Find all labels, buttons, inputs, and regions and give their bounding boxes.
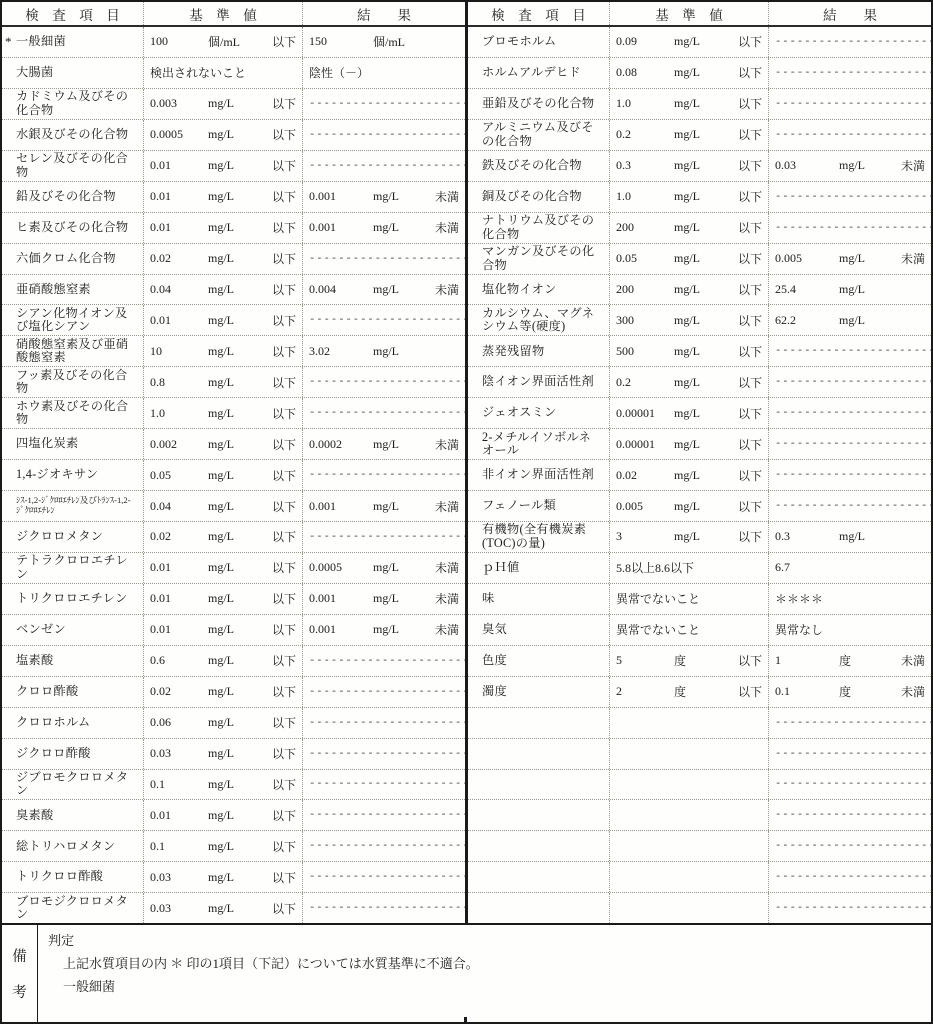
result-cell: --------------------------: [303, 708, 465, 738]
item-label: 塩素酸: [16, 654, 53, 668]
standard-value-cell: [610, 893, 769, 923]
standard-value-cell: 100個/mL以下: [144, 27, 303, 57]
item-label: ｼｽ-1,2-ｼﾞｸﾛﾛｴﾁﾚﾝ及びﾄﾗﾝｽ-1,2-ｼﾞｸﾛﾛｴﾁﾚﾝ: [16, 496, 137, 515]
unit: 度: [674, 652, 738, 669]
item-cell: [468, 893, 610, 923]
standard-value-cell: 0.03mg/L以下: [144, 862, 303, 892]
qualifier: 以下: [738, 683, 762, 700]
table-row: ジブロモクロロメタン0.1mg/L以下---------------------…: [2, 770, 465, 801]
no-data-dashes: --------------------------: [309, 748, 465, 760]
no-data-dashes: --------------------------: [309, 407, 465, 419]
result-cell: 3.02mg/L: [303, 336, 465, 366]
value: 0.6: [150, 653, 208, 668]
value: 0.02: [150, 529, 208, 544]
standard-value-cell: 0.04mg/L以下: [144, 491, 303, 521]
no-data-dashes: --------------------------: [775, 345, 931, 357]
value: 0.03: [150, 746, 208, 761]
result-cell: --------------------------: [303, 89, 465, 119]
item-cell: 塩素酸: [2, 646, 144, 676]
no-data-dashes: --------------------------: [309, 902, 465, 914]
unit: mg/L: [208, 375, 272, 390]
item-cell: ナトリウム及びその化合物: [468, 213, 610, 243]
item-cell: 臭気: [468, 615, 610, 645]
cell-text: 6.7: [775, 560, 790, 575]
item-cell: ブロモホルム: [468, 27, 610, 57]
no-data-dashes: --------------------------: [775, 871, 931, 883]
value: 10: [150, 344, 208, 359]
unit: mg/L: [674, 65, 738, 80]
item-cell: テトラクロロエチレン: [2, 553, 144, 583]
value: 0.01: [150, 313, 208, 328]
item-cell: [468, 800, 610, 830]
item-cell: 鉄及びその化合物: [468, 151, 610, 181]
table-row: 大腸菌検出されないこと陰性（－）: [2, 58, 465, 89]
item-cell: 四塩化炭素: [2, 429, 144, 459]
item-label: カルシウム、マグネシウム等(硬度): [482, 307, 603, 334]
header-inspection-item: 検 査 項 目: [2, 2, 144, 25]
result-cell: --------------------------: [769, 491, 931, 521]
unit: mg/L: [208, 715, 272, 730]
no-data-dashes: --------------------------: [309, 98, 465, 110]
standard-value-cell: 0.08mg/L以下: [610, 58, 769, 88]
result-cell: --------------------------: [769, 58, 931, 88]
item-label: 四塩化炭素: [16, 437, 78, 451]
value: 1: [775, 653, 839, 668]
item-label: 亜鉛及びその化合物: [482, 97, 594, 111]
value: 0.004: [309, 282, 373, 297]
qualifier: 以下: [738, 312, 762, 329]
table-row: ｐＨ値5.8以上8.6以下6.7: [468, 553, 931, 584]
qualifier: 以下: [272, 312, 296, 329]
standard-value-cell: 0.09mg/L以下: [610, 27, 769, 57]
item-label: カドミウム及びその化合物: [16, 90, 137, 117]
unit: 個/mL: [373, 33, 459, 50]
item-cell: クロロホルム: [2, 708, 144, 738]
item-label: シアン化物イオン及び塩化シアン: [16, 307, 137, 334]
result-cell: --------------------------: [769, 862, 931, 892]
table-row: フェノール類0.005mg/L以下-----------------------…: [468, 491, 931, 522]
item-label: トリクロロ酢酸: [16, 870, 103, 884]
item-cell: 臭素酸: [2, 800, 144, 830]
standard-value-cell: 200mg/L以下: [610, 213, 769, 243]
item-cell: 1,4-ジオキサン: [2, 460, 144, 490]
table-row: 亜鉛及びその化合物1.0mg/L以下----------------------…: [468, 89, 931, 120]
standard-value-cell: 0.01mg/L以下: [144, 800, 303, 830]
item-cell: 濁度: [468, 677, 610, 707]
standard-value-cell: 0.06mg/L以下: [144, 708, 303, 738]
unit: 個/mL: [208, 33, 272, 50]
standard-value-cell: 0.8mg/L以下: [144, 367, 303, 397]
result-cell: --------------------------: [303, 739, 465, 769]
unit: mg/L: [674, 34, 738, 49]
result-cell: --------------------------: [769, 213, 931, 243]
unit: mg/L: [208, 437, 272, 452]
qualifier: 以下: [272, 436, 296, 453]
item-cell: ホウ素及びその化合物: [2, 398, 144, 428]
no-data-dashes: --------------------------: [309, 129, 465, 141]
item-label: 陰イオン界面活性剤: [482, 375, 594, 389]
result-cell: 25.4mg/L: [769, 275, 931, 305]
table-row: --------------------------: [468, 708, 931, 739]
value: 0.0005: [309, 560, 373, 575]
unit: mg/L: [373, 344, 459, 359]
item-cell: ジクロロ酢酸: [2, 739, 144, 769]
no-data-dashes: --------------------------: [775, 717, 931, 729]
qualifier: 以下: [738, 64, 762, 81]
value: 5: [616, 653, 674, 668]
qualifier: 以下: [738, 498, 762, 515]
unit: mg/L: [208, 220, 272, 235]
table-row: クロロ酢酸0.02mg/L以下-------------------------…: [2, 677, 465, 708]
qualifier: 以下: [738, 188, 762, 205]
value: 150: [309, 34, 373, 49]
standard-value-cell: 0.00001mg/L以下: [610, 429, 769, 459]
item-label: 鉄及びその化合物: [482, 159, 582, 173]
qualifier: 以下: [738, 219, 762, 236]
item-label: 亜硝酸態窒素: [16, 283, 91, 297]
table-row: ヒ素及びその化合物0.01mg/L以下0.001mg/L未満: [2, 213, 465, 244]
item-label: 鉛及びその化合物: [16, 190, 116, 204]
value: 200: [616, 282, 674, 297]
qualifier: 未満: [435, 590, 459, 607]
right-table: 検 査 項 目 基 準 値 結 果 ブロモホルム0.09mg/L以下------…: [465, 2, 931, 923]
item-label: 臭素酸: [16, 809, 53, 823]
value: 0.005: [775, 251, 839, 266]
no-data-dashes: --------------------------: [775, 840, 931, 852]
unit: mg/L: [839, 529, 925, 544]
qualifier: 以下: [272, 621, 296, 638]
unit: mg/L: [208, 499, 272, 514]
qualifier: 以下: [272, 126, 296, 143]
table-row: 濁度2度以下0.1度未満: [468, 677, 931, 708]
qualifier: 以下: [272, 219, 296, 236]
result-cell: 0.001mg/L未満: [303, 491, 465, 521]
qualifier: 以下: [738, 95, 762, 112]
standard-value-cell: 0.3mg/L以下: [610, 151, 769, 181]
remarks-label: 備 考: [2, 925, 38, 1022]
table-row: セレン及びその化合物0.01mg/L以下--------------------…: [2, 151, 465, 182]
result-cell: 0.001mg/L未満: [303, 213, 465, 243]
standard-value-cell: 3mg/L以下: [610, 522, 769, 552]
qualifier: 以下: [738, 343, 762, 360]
table-row: フッ素及びその化合物0.8mg/L以下---------------------…: [2, 367, 465, 398]
unit: mg/L: [373, 499, 435, 514]
no-data-dashes: --------------------------: [309, 469, 465, 481]
no-data-dashes: --------------------------: [775, 438, 931, 450]
standard-value-cell: 0.03mg/L以下: [144, 893, 303, 923]
result-cell: 0.0005mg/L未満: [303, 553, 465, 583]
no-data-dashes: --------------------------: [775, 469, 931, 481]
qualifier: 以下: [738, 250, 762, 267]
item-cell: 大腸菌: [2, 58, 144, 88]
item-label: ブロモホルム: [482, 35, 556, 49]
result-cell: --------------------------: [303, 831, 465, 861]
unit: mg/L: [208, 777, 272, 792]
no-data-dashes: --------------------------: [775, 809, 931, 821]
value: 25.4: [775, 282, 839, 297]
table-row: ジェオスミン0.00001mg/L以下---------------------…: [468, 398, 931, 429]
table-row: 銅及びその化合物1.0mg/L以下-----------------------…: [468, 182, 931, 213]
item-label: 総トリハロメタン: [16, 840, 116, 854]
no-data-dashes: --------------------------: [775, 500, 931, 512]
value: 0.2: [616, 375, 674, 390]
table-row: シアン化物イオン及び塩化シアン0.01mg/L以下---------------…: [2, 305, 465, 336]
result-cell: --------------------------: [303, 460, 465, 490]
result-cell: --------------------------: [769, 398, 931, 428]
standard-value-cell: 0.01mg/L以下: [144, 305, 303, 335]
standard-value-cell: 0.02mg/L以下: [144, 677, 303, 707]
inspection-tables: 検 査 項 目 基 準 値 結 果 *一般細菌100個/mL以下150個/mL大…: [2, 2, 931, 923]
value: 0.03: [150, 901, 208, 916]
right-table-header: 検 査 項 目 基 準 値 結 果: [468, 2, 931, 27]
result-cell: 0.001mg/L未満: [303, 584, 465, 614]
cell-text: 異常でないこと: [616, 621, 700, 638]
item-cell: セレン及びその化合物: [2, 151, 144, 181]
item-label: ホウ素及びその化合物: [16, 400, 137, 427]
qualifier: 未満: [435, 281, 459, 298]
standard-value-cell: 0.2mg/L以下: [610, 120, 769, 150]
qualifier: 以下: [272, 528, 296, 545]
table-row: 四塩化炭素0.002mg/L以下0.0002mg/L未満: [2, 429, 465, 460]
unit: mg/L: [674, 468, 738, 483]
result-cell: --------------------------: [769, 27, 931, 57]
item-label: ジェオスミン: [482, 406, 557, 420]
item-cell: トリクロロ酢酸: [2, 862, 144, 892]
table-row: --------------------------: [468, 800, 931, 831]
unit: mg/L: [373, 560, 435, 575]
item-cell: マンガン及びその化合物: [468, 244, 610, 274]
table-row: 総トリハロメタン0.1mg/L以下-----------------------…: [2, 831, 465, 862]
qualifier: 以下: [738, 405, 762, 422]
item-cell: 非イオン界面活性剤: [468, 460, 610, 490]
cell-text: 検出されないこと: [150, 64, 246, 81]
table-row: 塩素酸0.6mg/L以下--------------------------: [2, 646, 465, 677]
standard-value-cell: 0.002mg/L以下: [144, 429, 303, 459]
result-cell: --------------------------: [303, 120, 465, 150]
table-row: *一般細菌100個/mL以下150個/mL: [2, 27, 465, 58]
item-label: 2-メチルイソボルネオール: [482, 431, 603, 458]
result-cell: --------------------------: [769, 89, 931, 119]
item-label: 色度: [482, 654, 507, 668]
unit: mg/L: [208, 901, 272, 916]
unit: mg/L: [208, 591, 272, 606]
table-row: ブロモホルム0.09mg/L以下------------------------…: [468, 27, 931, 58]
item-label: 有機物(全有機炭素(TOC)の量): [482, 523, 603, 550]
qualifier: 以下: [272, 559, 296, 576]
table-row: 硝酸態窒素及び亜硝酸態窒素10mg/L以下3.02mg/L: [2, 336, 465, 367]
value: 0.04: [150, 282, 208, 297]
qualifier: 以下: [272, 374, 296, 391]
result-cell: 0.001mg/L未満: [303, 182, 465, 212]
result-cell: 62.2mg/L: [769, 305, 931, 335]
item-label: クロロホルム: [16, 716, 90, 730]
result-cell: --------------------------: [769, 770, 931, 800]
value: 0.01: [150, 220, 208, 235]
value: 0.06: [150, 715, 208, 730]
unit: mg/L: [674, 499, 738, 514]
standard-value-cell: 異常でないこと: [610, 584, 769, 614]
result-cell: --------------------------: [769, 739, 931, 769]
value: 0.01: [150, 622, 208, 637]
table-row: --------------------------: [468, 893, 931, 923]
unit: mg/L: [674, 313, 738, 328]
unit: mg/L: [674, 96, 738, 111]
qualifier: 以下: [272, 776, 296, 793]
standard-value-cell: [610, 708, 769, 738]
value: 0.0002: [309, 437, 373, 452]
value: 0.01: [150, 158, 208, 173]
item-label: トリクロロエチレン: [16, 592, 128, 606]
no-data-dashes: --------------------------: [775, 407, 931, 419]
standard-value-cell: 1.0mg/L以下: [144, 398, 303, 428]
result-cell: --------------------------: [303, 646, 465, 676]
item-label: 蒸発残留物: [482, 345, 544, 359]
item-cell: 六価クロム化合物: [2, 244, 144, 274]
standard-value-cell: 200mg/L以下: [610, 275, 769, 305]
item-label: 一般細菌: [16, 35, 66, 49]
table-row: ｼｽ-1,2-ｼﾞｸﾛﾛｴﾁﾚﾝ及びﾄﾗﾝｽ-1,2-ｼﾞｸﾛﾛｴﾁﾚﾝ0.04…: [2, 491, 465, 522]
item-label: 水銀及びその化合物: [16, 128, 128, 142]
standard-value-cell: 10mg/L以下: [144, 336, 303, 366]
no-data-dashes: --------------------------: [309, 686, 465, 698]
item-cell: ブロモジクロロメタン: [2, 893, 144, 923]
unit: 度: [674, 683, 738, 700]
table-row: 色度5度以下1度未満: [468, 646, 931, 677]
unit: mg/L: [208, 406, 272, 421]
table-row: 鉛及びその化合物0.01mg/L以下0.001mg/L未満: [2, 182, 465, 213]
value: 0.01: [150, 808, 208, 823]
item-label: ヒ素及びその化合物: [16, 221, 128, 235]
value: 0.005: [616, 499, 674, 514]
table-row: トリクロロエチレン0.01mg/L以下0.001mg/L未満: [2, 584, 465, 615]
standard-value-cell: 0.01mg/L以下: [144, 182, 303, 212]
item-label: クロロ酢酸: [16, 685, 78, 699]
result-cell: --------------------------: [303, 151, 465, 181]
standard-value-cell: 0.005mg/L以下: [610, 491, 769, 521]
result-cell: 0.004mg/L未満: [303, 275, 465, 305]
qualifier: 以下: [272, 250, 296, 267]
value: 0.001: [309, 189, 373, 204]
remarks-label-char-top: 備: [12, 945, 27, 966]
remarks-section: 備 考 判定 上記水質項目の内 ＊ 印の1項目（下記）については水質基準に不適合…: [2, 923, 931, 1022]
item-label: ナトリウム及びその化合物: [482, 214, 603, 241]
value: 0.08: [616, 65, 674, 80]
item-cell: 色度: [468, 646, 610, 676]
result-cell: --------------------------: [303, 244, 465, 274]
cell-text: 異常なし: [775, 621, 823, 638]
result-cell: --------------------------: [303, 800, 465, 830]
item-cell: 亜硝酸態窒素: [2, 275, 144, 305]
unit: mg/L: [839, 282, 925, 297]
unit: mg/L: [373, 622, 435, 637]
value: 0.8: [150, 375, 208, 390]
item-cell: 亜鉛及びその化合物: [468, 89, 610, 119]
standard-value-cell: 0.01mg/L以下: [144, 584, 303, 614]
item-label: セレン及びその化合物: [16, 152, 137, 179]
standard-value-cell: 500mg/L以下: [610, 336, 769, 366]
item-label: テトラクロロエチレン: [16, 554, 137, 581]
item-cell: 硝酸態窒素及び亜硝酸態窒素: [2, 336, 144, 366]
value: 0.03: [150, 870, 208, 885]
no-data-dashes: --------------------------: [309, 376, 465, 388]
table-row: ベンゼン0.01mg/L以下0.001mg/L未満: [2, 615, 465, 646]
standard-value-cell: 検出されないこと: [144, 58, 303, 88]
no-data-dashes: --------------------------: [309, 314, 465, 326]
item-cell: 陰イオン界面活性剤: [468, 367, 610, 397]
unit: mg/L: [208, 839, 272, 854]
qualifier: 以下: [738, 281, 762, 298]
standard-value-cell: 1.0mg/L以下: [610, 182, 769, 212]
item-cell: ｐＨ値: [468, 553, 610, 583]
nonconforming-item: 一般細菌: [48, 975, 921, 998]
qualifier: 以下: [272, 157, 296, 174]
standard-value-cell: [610, 800, 769, 830]
item-label: ジクロロ酢酸: [16, 747, 91, 761]
result-cell: --------------------------: [303, 770, 465, 800]
unit: mg/L: [373, 282, 435, 297]
value: 0.00001: [616, 437, 674, 452]
value: 0.001: [309, 591, 373, 606]
right-table-rows: ブロモホルム0.09mg/L以下------------------------…: [468, 27, 931, 923]
value: 0.02: [150, 251, 208, 266]
table-row: テトラクロロエチレン0.01mg/L以下0.0005mg/L未満: [2, 553, 465, 584]
qualifier: 未満: [435, 219, 459, 236]
value: 0.01: [150, 560, 208, 575]
qualifier: 未満: [435, 188, 459, 205]
item-cell: 鉛及びその化合物: [2, 182, 144, 212]
standard-value-cell: 0.02mg/L以下: [144, 522, 303, 552]
unit: mg/L: [373, 189, 435, 204]
standard-value-cell: 0.05mg/L以下: [144, 460, 303, 490]
item-cell: 水銀及びその化合物: [2, 120, 144, 150]
qualifier: 以下: [272, 838, 296, 855]
item-label: 六価クロム化合物: [16, 252, 116, 266]
result-cell: --------------------------: [769, 429, 931, 459]
value: 200: [616, 220, 674, 235]
value: 0.05: [616, 251, 674, 266]
table-row: カドミウム及びその化合物0.003mg/L以下-----------------…: [2, 89, 465, 120]
item-label: ホルムアルデヒド: [482, 66, 581, 80]
result-cell: 0.0002mg/L未満: [303, 429, 465, 459]
qualifier: 以下: [272, 590, 296, 607]
no-data-dashes: --------------------------: [309, 655, 465, 667]
item-label: 味: [482, 592, 495, 606]
item-label: 非イオン界面活性剤: [482, 468, 594, 482]
value: 0.002: [150, 437, 208, 452]
item-label: ジクロロメタン: [16, 530, 103, 544]
qualifier: 以下: [272, 745, 296, 762]
left-table-header: 検 査 項 目 基 準 値 結 果: [2, 2, 465, 27]
item-cell: フッ素及びその化合物: [2, 367, 144, 397]
value: 3.02: [309, 344, 373, 359]
item-cell: [468, 739, 610, 769]
result-cell: 0.001mg/L未満: [303, 615, 465, 645]
result-cell: --------------------------: [303, 522, 465, 552]
item-label: ブロモジクロロメタン: [16, 895, 137, 922]
qualifier: 以下: [738, 126, 762, 143]
unit: mg/L: [373, 591, 435, 606]
item-cell: 味: [468, 584, 610, 614]
unit: mg/L: [674, 375, 738, 390]
table-row: --------------------------: [468, 862, 931, 893]
value: 0.001: [309, 622, 373, 637]
standard-value-cell: 0.02mg/L以下: [610, 460, 769, 490]
result-cell: --------------------------: [303, 398, 465, 428]
value: 0.2: [616, 127, 674, 142]
value: 300: [616, 313, 674, 328]
qualifier: 以下: [272, 869, 296, 886]
result-cell: 0.1度未満: [769, 677, 931, 707]
